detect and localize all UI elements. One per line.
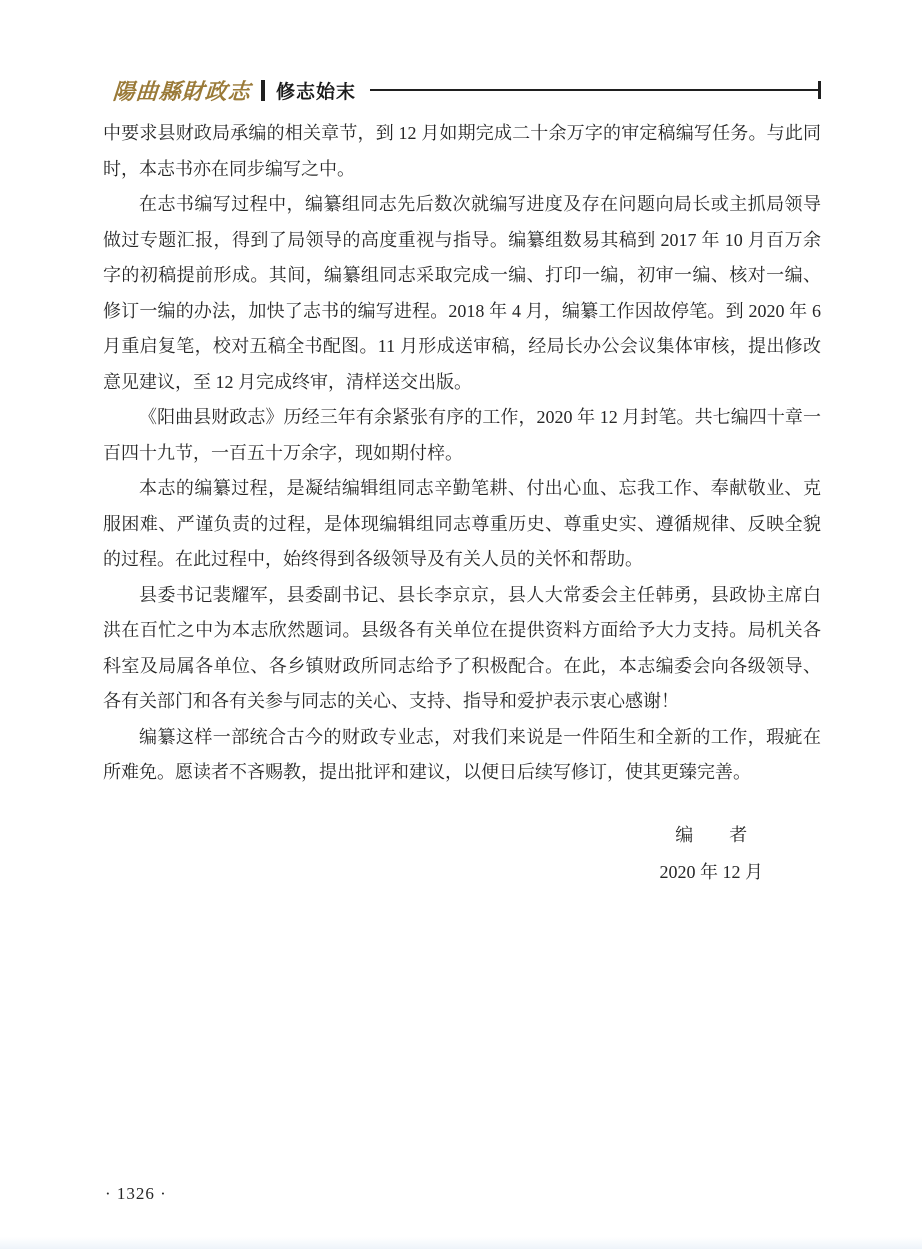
body-paragraph: 《阳曲县财政志》历经三年有余紧张有序的工作，2020 年 12 月封笔。共七编四… [103, 400, 821, 471]
header-rule [370, 89, 818, 91]
section-title: 修志始末 [276, 77, 356, 104]
header-separator-bar [261, 80, 265, 101]
page-number: · 1326 · [105, 1184, 167, 1204]
page-header: 陽曲縣財政志 修志始末 [113, 74, 821, 106]
body-text: 中要求县财政局承编的相关章节，到 12 月如期完成二十余万字的审定稿编写任务。与… [103, 116, 821, 791]
page: 陽曲縣財政志 修志始末 中要求县财政局承编的相关章节，到 12 月如期完成二十余… [0, 0, 922, 1249]
body-paragraph: 县委书记裴耀军，县委副书记、县长李京京，县人大常委会主任韩勇，县政协主席白洪在百… [103, 578, 821, 720]
body-paragraph: 中要求县财政局承编的相关章节，到 12 月如期完成二十余万字的审定稿编写任务。与… [103, 116, 821, 187]
body-paragraph: 在志书编写过程中，编纂组同志先后数次就编写进度及存在问题向局长或主抓局领导做过专… [103, 187, 821, 400]
signature-date: 2020 年 12 月 [660, 854, 764, 891]
bottom-edge-shading [0, 1237, 922, 1249]
book-title-calligraphy: 陽曲縣財政志 [112, 75, 252, 106]
signature-author: 编 者 [660, 817, 764, 854]
signature-block: 编 者 2020 年 12 月 [660, 817, 764, 891]
body-paragraph: 编纂这样一部统合古今的财政专业志，对我们来说是一件陌生和全新的工作，瑕疵在所难免… [103, 720, 821, 791]
header-rule-end-tick [818, 81, 821, 99]
body-paragraph: 本志的编纂过程，是凝结编辑组同志辛勤笔耕、付出心血、忘我工作、奉献敬业、克服困难… [103, 471, 821, 578]
